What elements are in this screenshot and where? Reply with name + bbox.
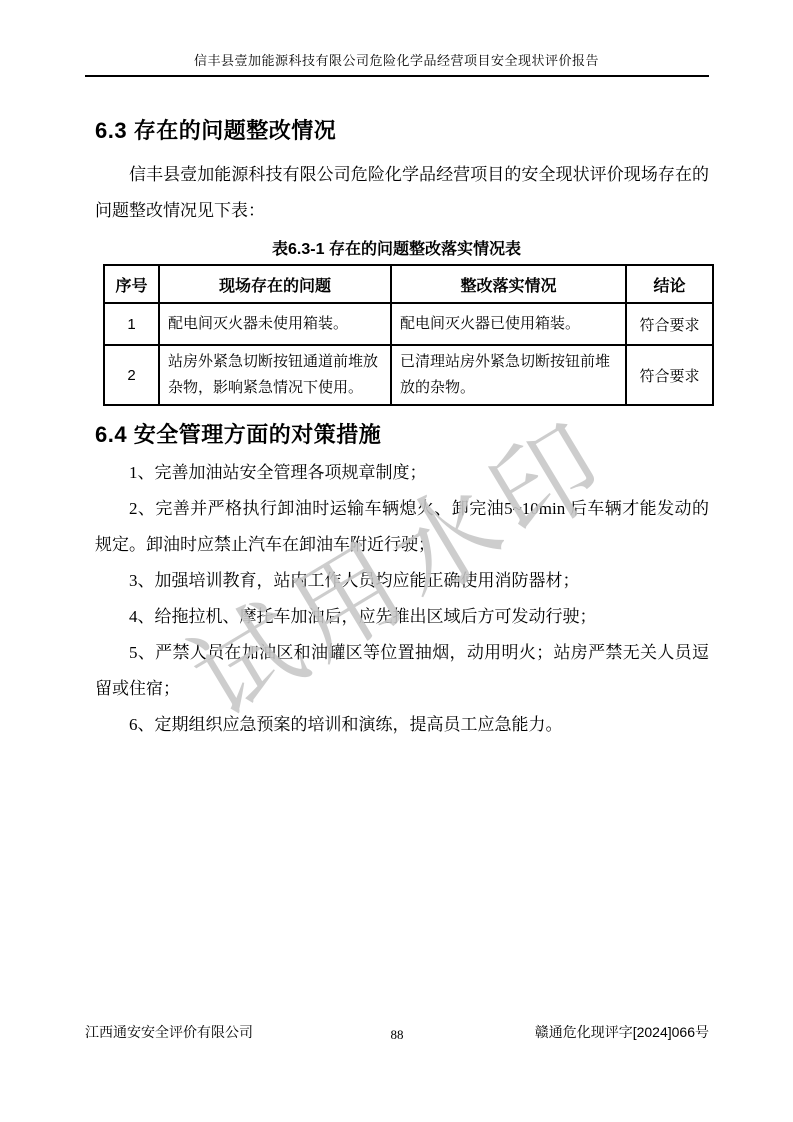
col-header-problem: 现场存在的问题 bbox=[159, 265, 391, 303]
col-header-conclusion: 结论 bbox=[626, 265, 713, 303]
row-no: 2 bbox=[104, 345, 159, 405]
row-conclusion: 符合要求 bbox=[626, 303, 713, 345]
table-header-row: 序号 现场存在的问题 整改落实情况 结论 bbox=[104, 265, 713, 303]
measure-item: 3、加强培训教育，站内工作人员均应能正确使用消防器材； bbox=[95, 563, 709, 599]
measure-item: 5、严禁人员在加油区和油罐区等位置抽烟，动用明火；站房严禁无关人员逗留或住宿； bbox=[95, 635, 709, 707]
table-row: 2 站房外紧急切断按钮通道前堆放杂物，影响紧急情况下使用。 已清理站房外紧急切断… bbox=[104, 345, 713, 405]
report-header-title: 信丰县壹加能源科技有限公司危险化学品经营项目安全现状评价报告 bbox=[0, 0, 793, 69]
header-rule bbox=[85, 75, 709, 77]
measure-item: 1、完善加油站安全管理各项规章制度； bbox=[95, 455, 709, 491]
measures-list: 1、完善加油站安全管理各项规章制度； 2、完善并严格执行卸油时运输车辆熄火、卸完… bbox=[0, 455, 793, 743]
row-no: 1 bbox=[104, 303, 159, 345]
measure-item: 6、定期组织应急预案的培训和演练，提高员工应急能力。 bbox=[95, 707, 709, 743]
table-caption: 表6.3-1 存在的问题整改落实情况表 bbox=[0, 236, 793, 259]
footer-doc-number: 赣通危化现评字[2024]066号 bbox=[535, 1022, 709, 1042]
footer-page-number: 88 bbox=[391, 1027, 404, 1043]
measure-item: 2、完善并严格执行卸油时运输车辆熄火、卸完油5~10min 后车辆才能发动的规定… bbox=[95, 491, 709, 563]
col-header-rectification: 整改落实情况 bbox=[391, 265, 626, 303]
row-problem: 配电间灭火器未使用箱装。 bbox=[159, 303, 391, 345]
footer-company-name: 江西通安安全评价有限公司 bbox=[85, 1022, 253, 1042]
col-header-no: 序号 bbox=[104, 265, 159, 303]
table-row: 1 配电间灭火器未使用箱装。 配电间灭火器已使用箱装。 符合要求 bbox=[104, 303, 713, 345]
row-rectification: 配电间灭火器已使用箱装。 bbox=[391, 303, 626, 345]
section-6-3-paragraph: 信丰县壹加能源科技有限公司危险化学品经营项目的安全现状评价现场存在的问题整改情况… bbox=[95, 157, 709, 229]
row-rectification: 已清理站房外紧急切断按钮前堆放的杂物。 bbox=[391, 345, 626, 405]
measure-item: 4、给拖拉机、摩托车加油后，应先推出区域后方可发动行驶； bbox=[95, 599, 709, 635]
document-page: 信丰县壹加能源科技有限公司危险化学品经营项目安全现状评价报告 6.3 存在的问题… bbox=[0, 0, 793, 1122]
row-conclusion: 符合要求 bbox=[626, 345, 713, 405]
section-6-4-heading: 6.4 安全管理方面的对策措施 bbox=[95, 418, 709, 449]
row-problem: 站房外紧急切断按钮通道前堆放杂物，影响紧急情况下使用。 bbox=[159, 345, 391, 405]
rectification-table: 序号 现场存在的问题 整改落实情况 结论 1 配电间灭火器未使用箱装。 配电间灭… bbox=[103, 264, 714, 406]
section-6-3-heading: 6.3 存在的问题整改情况 bbox=[95, 114, 709, 145]
